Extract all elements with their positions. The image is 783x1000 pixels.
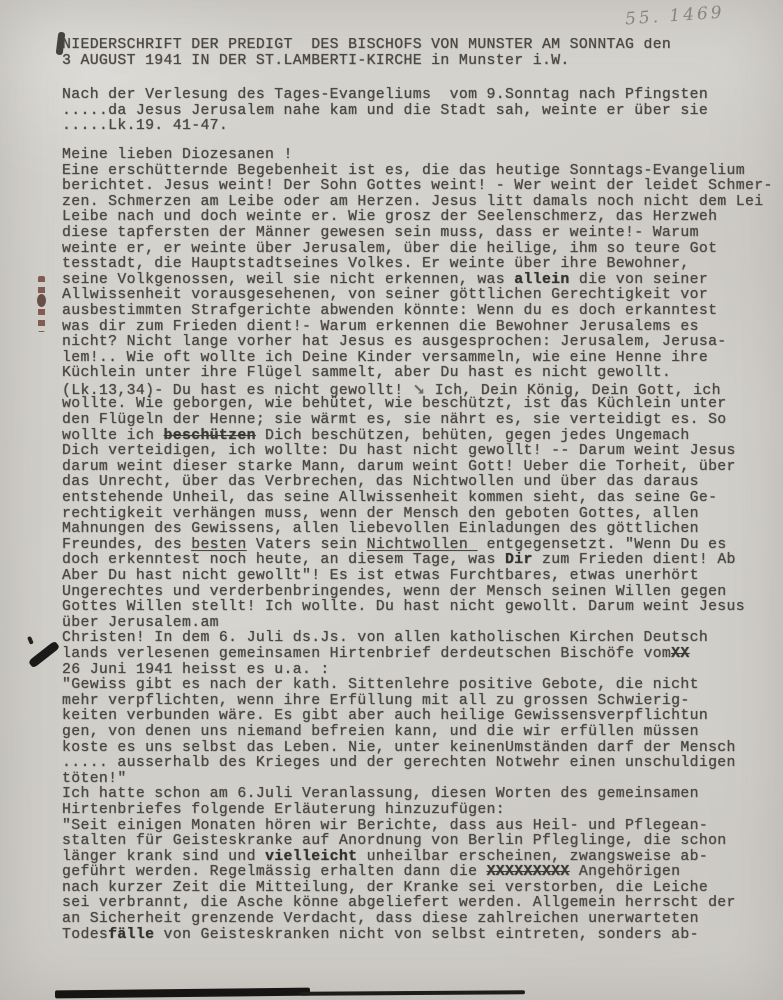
- text-line: NIEDERSCHRIFT DER PREDIGT DES BISCHOFS V…: [62, 38, 779, 54]
- text-line: Ich hatte schon am 6.Juli Veranlassung, …: [62, 787, 779, 803]
- text-line: sei verbrannt, die Asche könne abgeliefe…: [62, 896, 779, 912]
- text-line: diese tapfersten der Männer gewesen sein…: [62, 226, 779, 242]
- text-line: Hirtenbriefes folgende Erläuterung hinzu…: [62, 803, 779, 819]
- text-line: zen. Schmerzen am Leibe oder am Herzen. …: [62, 195, 779, 211]
- text-line: Gottes Willen stellt! Ich wollte. Du has…: [62, 600, 779, 616]
- text-line: doch erkenntest noch heute, an diesem Ta…: [62, 553, 779, 569]
- text-line: ausbestimmten Strafgerichte abwenden kön…: [62, 304, 779, 320]
- text-line: länger krank sind und vielleicht unheilb…: [62, 850, 779, 866]
- text-line: wollte ich beschützen Dich beschützen, b…: [62, 429, 779, 445]
- text-line: Nach der Verlesung des Tages-Evangeliums…: [62, 88, 779, 104]
- text-line: geführt werden. Regelmässig erhalten dan…: [62, 865, 779, 881]
- document-page: 55. 1469 NIEDERSCHRIFT DER PREDIGT DES B…: [0, 0, 783, 1000]
- text-line: seine Volkgenossen, weil sie nicht erken…: [62, 273, 779, 289]
- text-line: Dich verteidigen, ich wollte: Du hast ni…: [62, 444, 779, 460]
- text-line: "Gewiss gibt es nach der kath. Sittenleh…: [62, 678, 779, 694]
- text-line: rechtigkeit verhängen muss, wenn der Men…: [62, 507, 779, 523]
- text-line: wollte. Wie geborgen, wie behütet, wie b…: [62, 397, 779, 413]
- text-line: Allwissenheit vorausgesehenen, von seine…: [62, 288, 779, 304]
- text-line: das Unrecht, über das Verbrechen, das Ni…: [62, 475, 779, 491]
- text-line: an Sicherheit grenzende Verdacht, dass d…: [62, 912, 779, 928]
- text-line: keiten verbunden wäre. Es gibt aber auch…: [62, 709, 779, 725]
- red-pencil-mark: [38, 276, 45, 332]
- text-line: Mahnungen des Gewissens, allen liebevoll…: [62, 522, 779, 538]
- text-line: Aber Du hast nicht gewollt"! Es ist etwa…: [62, 569, 779, 585]
- text-line: 26 Juni 1941 heisst es u.a. :: [62, 663, 779, 679]
- text-line: gen, von denen uns niemand befreien kann…: [62, 725, 779, 741]
- document-body: NIEDERSCHRIFT DER PREDIGT DES BISCHOFS V…: [62, 38, 779, 1000]
- text-line: Ungerechtes und verderbenbringendes, wen…: [62, 585, 779, 601]
- text-line: .....Lk.19. 41-47.: [62, 119, 779, 135]
- text-line: tesstadt, die Hauptstadtseines Volkes. E…: [62, 257, 779, 273]
- text-line: stalten für Geisteskranke auf Anordnung …: [62, 834, 779, 850]
- text-line: Christen! In dem 6. Juli ds.Js. von alle…: [62, 631, 779, 647]
- text-line: den Flügeln der Henne; sie wärmt es, sie…: [62, 413, 779, 429]
- ink-stroke-mark: [28, 640, 60, 668]
- text-line: nicht? Nicht lange vorher hat Jesus es a…: [62, 335, 779, 351]
- text-line: ..... ausserhalb des Krieges und der ger…: [62, 756, 779, 772]
- text-line: was dir zum Frieden dient!- Warum erkenn…: [62, 320, 779, 336]
- text-line: Meine lieben Diozesanen !: [62, 148, 779, 164]
- text-line: Küchlein unter ihre Flügel sammelt, aber…: [62, 366, 779, 382]
- text-line: lem!.. Wie oft wollte ich Deine Kinder v…: [62, 351, 779, 367]
- text-line: lands verlesenen gemeinsamen Hirtenbrief…: [62, 647, 779, 663]
- text-line: töten!": [62, 772, 779, 788]
- text-line: berichtet. Jesus weint! Der Sohn Gottes …: [62, 179, 779, 195]
- text-line: Todesfälle von Geisteskranken nicht von …: [62, 928, 779, 944]
- text-line: mehr verpflichten, wenn ihre Erfüllung m…: [62, 694, 779, 710]
- paragraph-gap: [62, 69, 779, 88]
- handwritten-annotation: 55. 1469: [625, 3, 726, 30]
- text-line: Leibe nach und doch weinte er. Wie grosz…: [62, 210, 779, 226]
- text-line: "Seit einigen Monaten hören wir Berichte…: [62, 819, 779, 835]
- text-line: Eine erschütternde Begebenheit ist es, d…: [62, 164, 779, 180]
- text-line: koste es uns selbst das Leben. Nie, unte…: [62, 741, 779, 757]
- text-line: 3 AUGUST 1941 IN DER ST.LAMBERTI-KIRCHE …: [62, 54, 779, 70]
- text-line: entstehende Unheil, das seine Allwissenh…: [62, 491, 779, 507]
- text-line: weinte er, er weinte über Jerusalem, übe…: [62, 242, 779, 258]
